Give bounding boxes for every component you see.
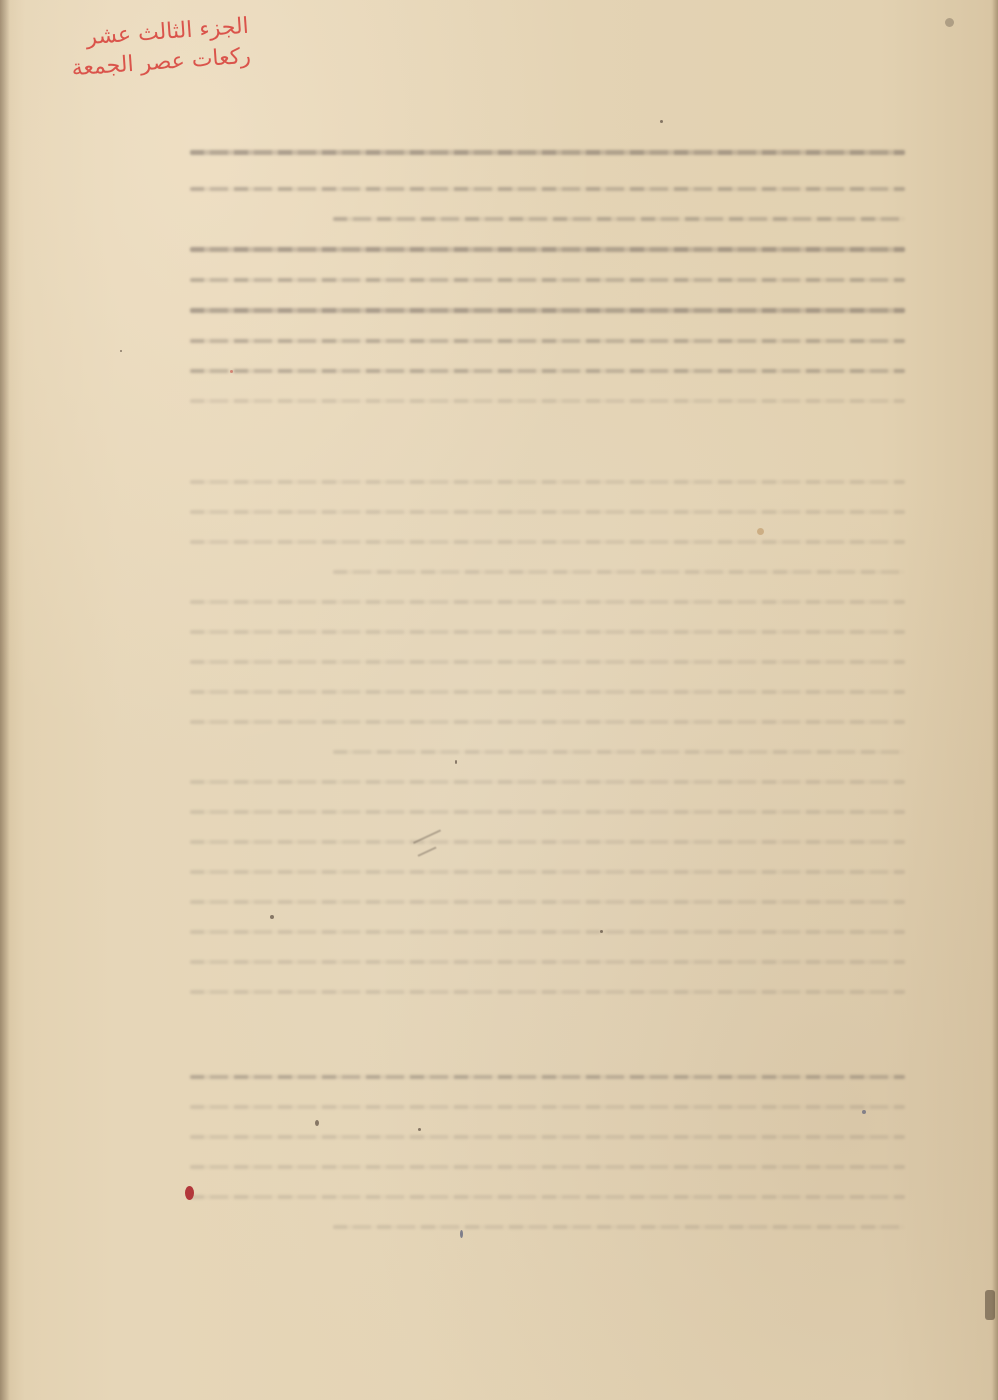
text-line <box>190 870 905 874</box>
red-ink-spot <box>185 1186 194 1200</box>
text-line <box>190 339 905 343</box>
text-line <box>190 399 905 403</box>
text-line <box>190 308 905 313</box>
page-edge <box>992 0 998 1400</box>
text-line <box>190 187 905 191</box>
text-line <box>190 780 905 784</box>
text-line <box>190 510 905 514</box>
text-line <box>333 570 905 574</box>
text-line <box>190 369 905 373</box>
text-line <box>190 1195 905 1199</box>
text-line <box>190 480 905 484</box>
paper-speck <box>455 760 457 764</box>
text-line <box>190 810 905 814</box>
text-line <box>190 990 905 994</box>
text-line <box>190 1105 905 1109</box>
paper-speck <box>600 930 603 933</box>
paper-speck <box>418 1128 421 1131</box>
text-line <box>190 1135 905 1139</box>
red-marginal-annotation: الجزء الثالث عشر ركعات عصر الجمعة <box>68 12 252 84</box>
text-line <box>190 660 905 664</box>
paper-speck <box>270 915 274 919</box>
text-line <box>333 1225 905 1229</box>
paper-speck <box>230 370 233 373</box>
paper-speck <box>945 18 954 27</box>
text-line <box>190 840 905 844</box>
show-through-footer-text <box>190 1075 905 1255</box>
text-line <box>190 630 905 634</box>
text-line <box>190 900 905 904</box>
paper-speck <box>120 350 122 352</box>
text-line <box>190 600 905 604</box>
text-line <box>190 690 905 694</box>
show-through-header-text <box>190 150 905 429</box>
text-line <box>190 1075 905 1079</box>
text-line <box>333 750 905 754</box>
paper-speck <box>757 528 764 535</box>
text-line <box>190 150 905 155</box>
paper-speck <box>660 120 663 123</box>
text-line <box>190 960 905 964</box>
manuscript-page: الجزء الثالث عشر ركعات عصر الجمعة <box>0 0 998 1400</box>
binding-shadow <box>0 0 10 1400</box>
text-line <box>190 540 905 544</box>
text-line <box>190 930 905 934</box>
paper-speck <box>862 1110 866 1114</box>
paper-speck <box>985 1290 995 1320</box>
text-line <box>190 247 905 252</box>
show-through-body-text <box>190 480 905 1020</box>
text-line <box>190 720 905 724</box>
text-line <box>190 278 905 282</box>
text-line <box>190 1165 905 1169</box>
text-line <box>333 217 905 221</box>
paper-speck <box>460 1230 463 1238</box>
paper-speck <box>315 1120 319 1126</box>
